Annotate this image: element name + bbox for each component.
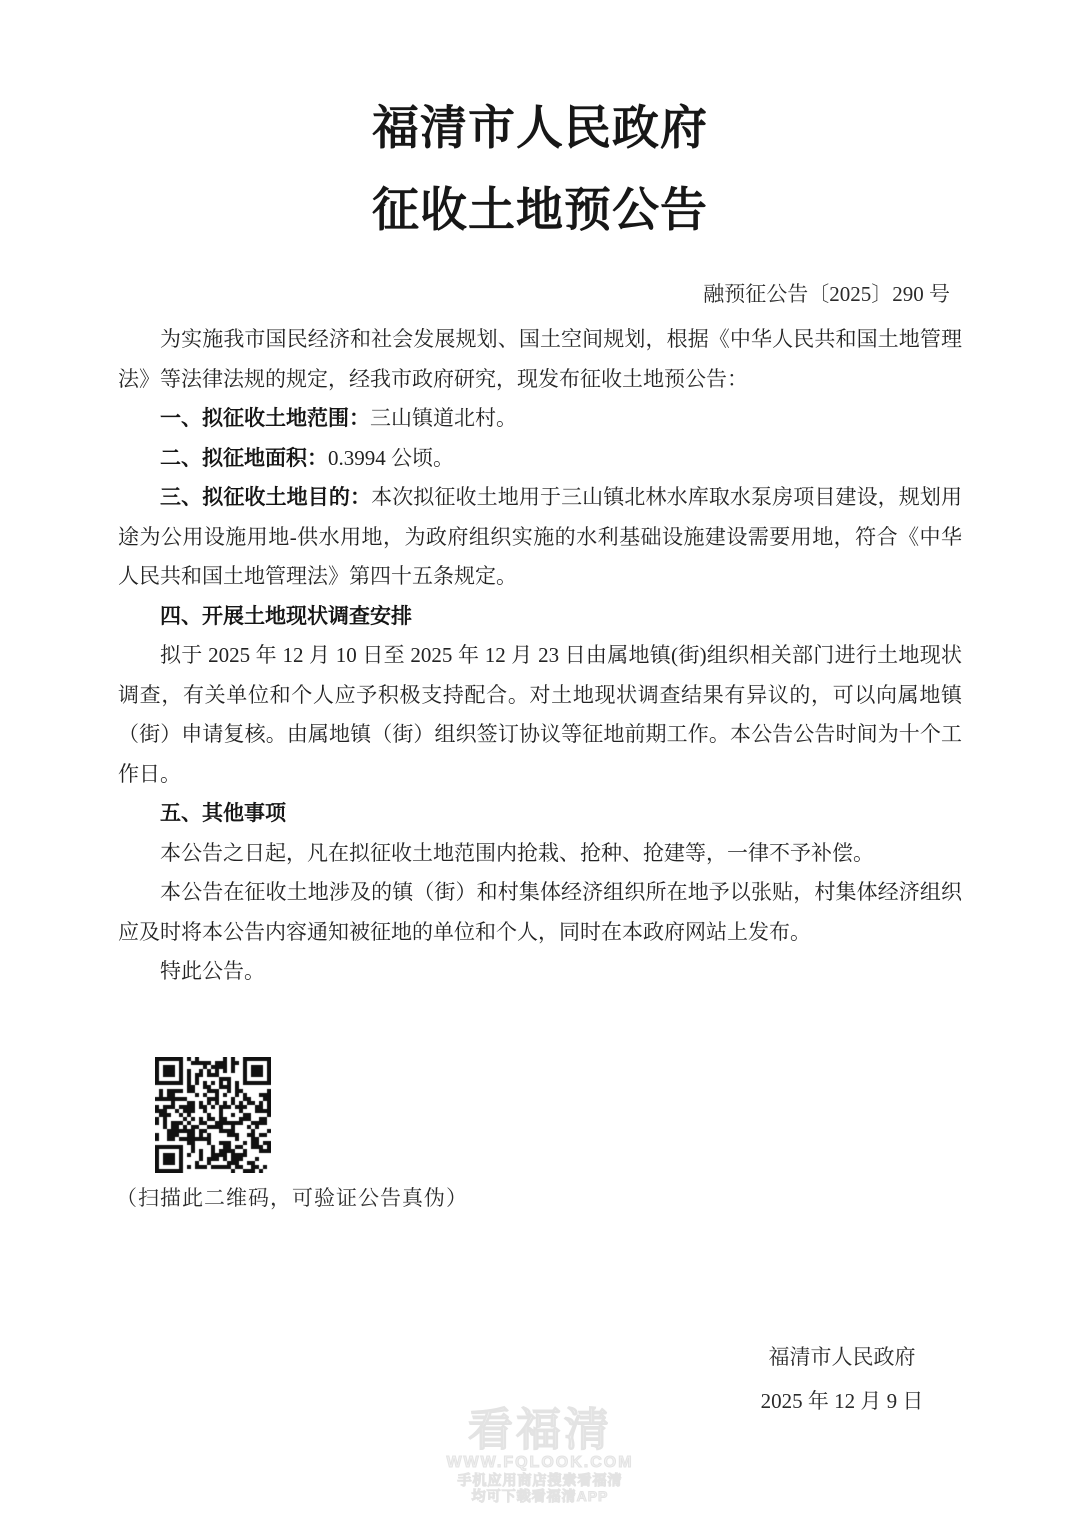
item-5-heading-text: 五、其他事项 [160,802,286,825]
watermark-line-2: 均可下载看福清APP [0,1488,1080,1504]
watermark-url: WWW.FQLOOK.COM [0,1453,1080,1472]
document-body: 为实施我市国民经济和社会发展规划、国土空间规划，根据《中华人民共和国土地管理法》… [118,320,962,992]
qr-code [155,1057,271,1173]
item-4-heading-text: 四、开展土地现状调查安排 [160,605,412,628]
item-4-text: 拟于 2025 年 12 月 10 日至 2025 年 12 月 23 日由属地… [118,643,962,786]
item-1: 一、拟征收土地范围：三山镇道北村。 [118,399,962,439]
item-5-text-1: 本公告之日起，凡在拟征收土地范围内抢栽、抢种、抢建等，一律不予补偿。 [160,841,874,865]
announcement-page: 福清市人民政府 征收土地预公告 融预征公告〔2025〕290 号 为实施我市国民… [0,0,1080,1527]
item-5-paragraph-1: 本公告之日起，凡在拟征收土地范围内抢栽、抢种、抢建等，一律不予补偿。 [118,834,962,874]
page-title: 福清市人民政府 征收土地预公告 [0,0,1080,252]
item-5-heading: 五、其他事项 [118,794,962,834]
item-4-heading: 四、开展土地现状调查安排 [118,597,962,637]
qr-caption: （扫描此二维码，可验证公告真伪） [116,1182,468,1212]
intro-paragraph: 为实施我市国民经济和社会发展规划、国土空间规划，根据《中华人民共和国土地管理法》… [118,320,962,399]
item-5-text-2: 本公告在征收土地涉及的镇（街）和村集体经济组织所在地予以张贴，村集体经济组织应及… [118,880,962,944]
item-3-label: 三、拟征收土地目的： [160,486,371,509]
issue-date: 2025 年 12 月 9 日 [642,1388,1042,1414]
title-line-2: 征收土地预公告 [0,170,1080,252]
item-1-text: 三山镇道北村。 [370,406,517,430]
intro-text: 为实施我市国民经济和社会发展规划、国土空间规划，根据《中华人民共和国土地管理法》… [118,327,962,391]
closing-text: 特此公告。 [160,959,265,983]
closing-line: 特此公告。 [118,952,962,992]
item-1-label: 一、拟征收土地范围： [160,407,370,430]
item-5-paragraph-2: 本公告在征收土地涉及的镇（街）和村集体经济组织所在地予以张贴，村集体经济组织应及… [118,873,962,952]
issuer-signature: 福清市人民政府 [642,1344,1042,1370]
item-4-paragraph: 拟于 2025 年 12 月 10 日至 2025 年 12 月 23 日由属地… [118,636,962,794]
watermark-line-1: 手机应用商店搜索看福清 [0,1472,1080,1488]
item-2: 二、拟征地面积：0.3994 公顷。 [118,439,962,479]
document-number: 融预征公告〔2025〕290 号 [0,282,1080,306]
item-2-text: 0.3994 公顷。 [328,446,454,470]
site-watermark: 看福清 WWW.FQLOOK.COM 手机应用商店搜索看福清 均可下载看福清AP… [0,1406,1080,1504]
item-2-label: 二、拟征地面积： [160,447,328,470]
title-line-1: 福清市人民政府 [0,88,1080,170]
item-3: 三、拟征收土地目的：本次拟征收土地用于三山镇北林水库取水泵房项目建设，规划用途为… [118,478,962,597]
